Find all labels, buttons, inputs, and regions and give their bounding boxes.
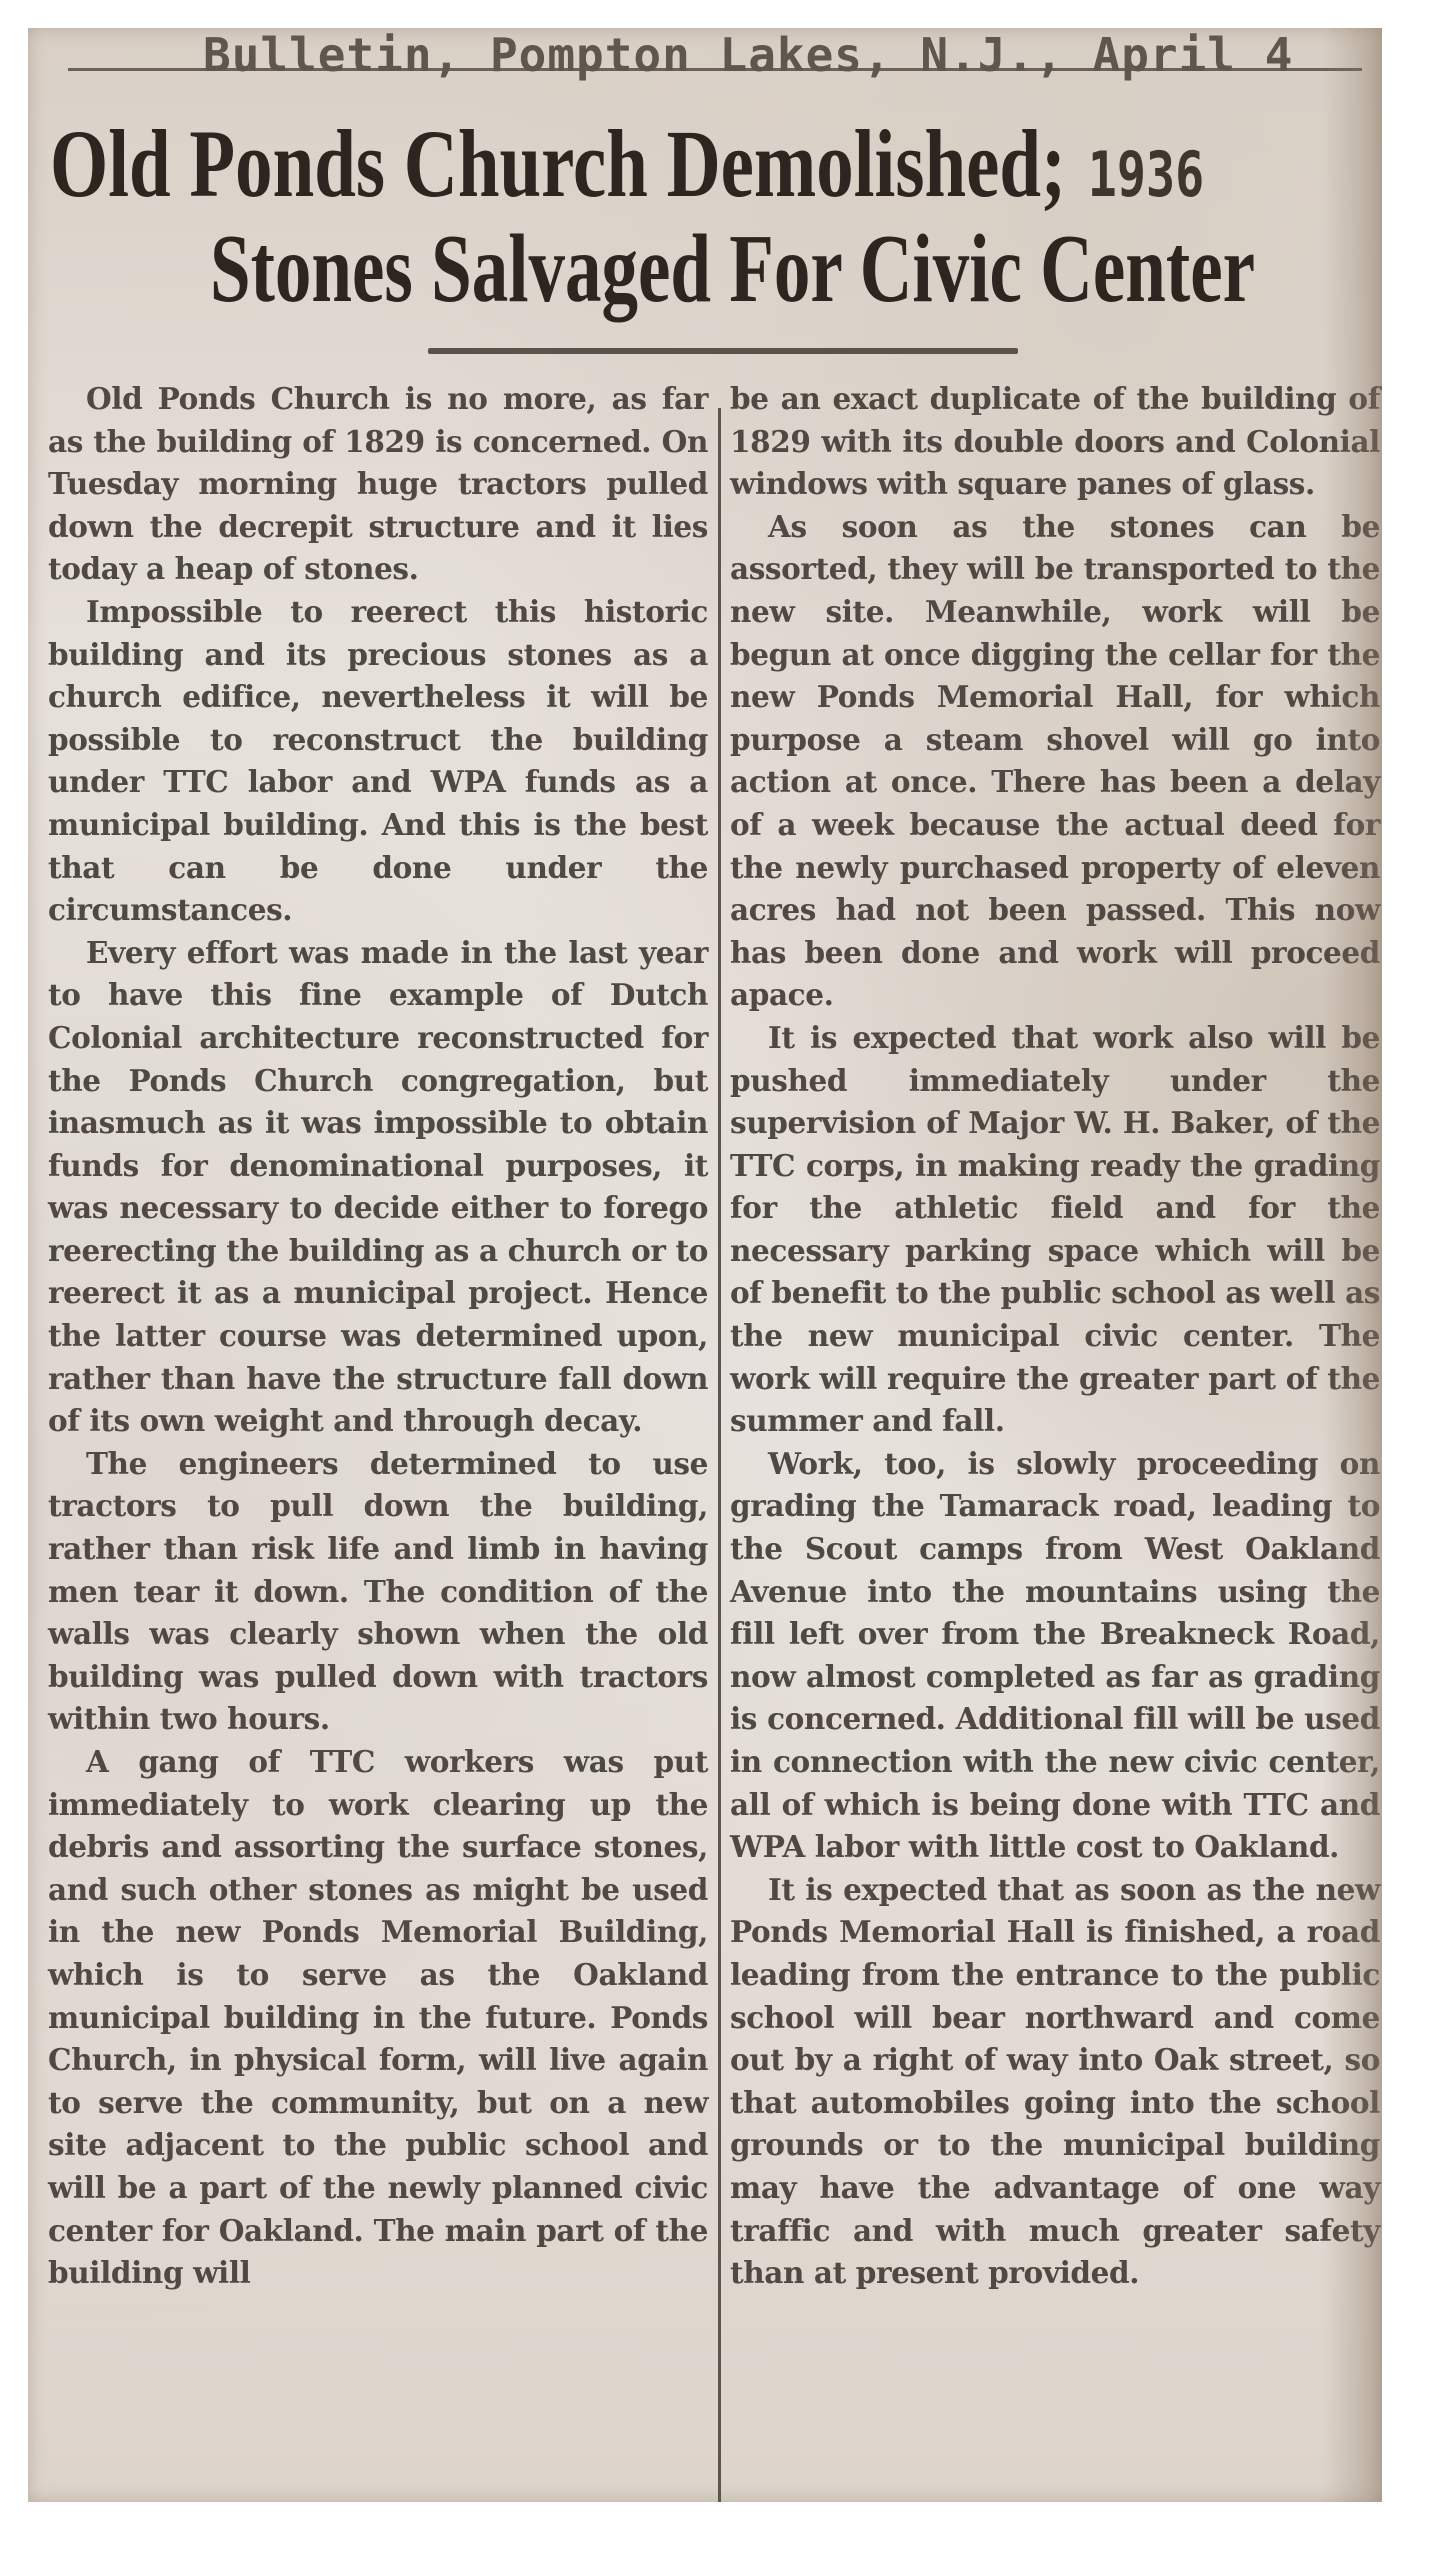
headline-text-2: Stones Salvaged For Civic Center — [210, 215, 1255, 323]
column-divider — [718, 408, 721, 2502]
article-column-left: Old Ponds Church is no more, as far as t… — [48, 378, 708, 2295]
newspaper-clipping: Bulletin, Pompton Lakes, N.J., April 4 O… — [28, 28, 1382, 2502]
paragraph: The engineers determined to use tractors… — [48, 1443, 708, 1741]
headline-divider-rule — [428, 348, 1018, 354]
year-annotation: 1936 — [1088, 138, 1204, 211]
article-column-right: be an exact duplicate of the building of… — [730, 378, 1380, 2295]
paragraph: It is expected that as soon as the new P… — [730, 1869, 1380, 2295]
paragraph: As soon as the stones can be assorted, t… — [730, 506, 1380, 1017]
paragraph: be an exact duplicate of the building of… — [730, 378, 1380, 506]
dateline: Bulletin, Pompton Lakes, N.J., April 4 — [28, 28, 1382, 100]
paragraph: Old Ponds Church is no more, as far as t… — [48, 378, 708, 591]
paragraph: A gang of TTC workers was put immediatel… — [48, 1741, 708, 2295]
headline-line-1: Old Ponds Church Demolished;1936 — [50, 108, 1106, 219]
dateline-text: Bulletin, Pompton Lakes, N.J., April 4 — [203, 28, 1293, 82]
paragraph: Every effort was made in the last year t… — [48, 932, 708, 1443]
headline-text-1: Old Ponds Church Demolished; — [50, 110, 1066, 217]
paragraph: Work, too, is slowly proceeding on gradi… — [730, 1443, 1380, 1869]
headline-line-2: Stones Salvaged For Civic Center — [210, 213, 1219, 325]
paragraph: Impossible to reerect this historic buil… — [48, 591, 708, 932]
paragraph: It is expected that work also will be pu… — [730, 1017, 1380, 1443]
